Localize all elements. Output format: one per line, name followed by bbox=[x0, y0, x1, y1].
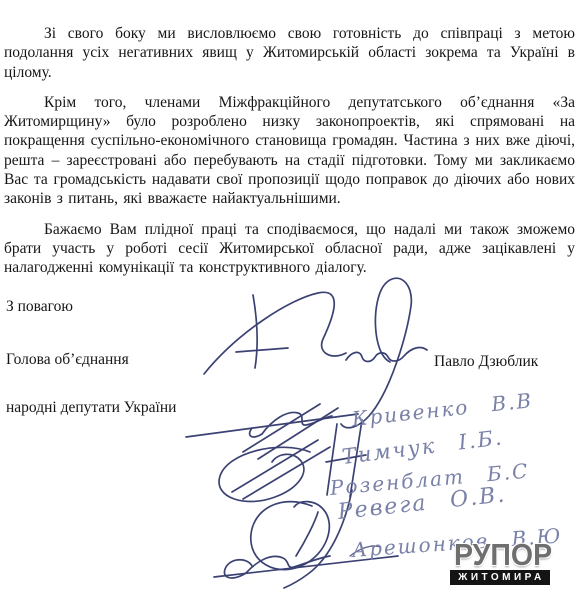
chairman-title: Голова об’єднання bbox=[6, 351, 129, 369]
handwritten-name-kryvenko: Кривенко В.В bbox=[351, 388, 534, 431]
watermark-subtitle: ЖИТОМИРА bbox=[450, 570, 550, 585]
closing-salutation: З повагою bbox=[6, 298, 73, 316]
chairman-name: Павло Дзюблик bbox=[434, 353, 538, 371]
paragraph-draft-laws: Крім того, членами Міжфракційного депута… bbox=[4, 93, 575, 209]
deputies-label: народні депутати України bbox=[6, 399, 176, 417]
watermark-title: РУПОР bbox=[454, 540, 546, 570]
deputy-signature-1 bbox=[186, 404, 358, 459]
paragraph-cooperation: Зі свого боку ми висловлюємо свою готовн… bbox=[4, 24, 575, 82]
scanned-letter-page: Зі свого боку ми висловлюємо свою готовн… bbox=[0, 0, 581, 591]
rupor-zhytomyra-watermark: РУПОР ЖИТОМИРА bbox=[450, 540, 550, 585]
letter-body: Зі свого боку ми висловлюємо свою готовн… bbox=[4, 24, 575, 289]
paragraph-wishes: Бажаємо Вам плідної праці та сподіваємос… bbox=[4, 220, 575, 278]
